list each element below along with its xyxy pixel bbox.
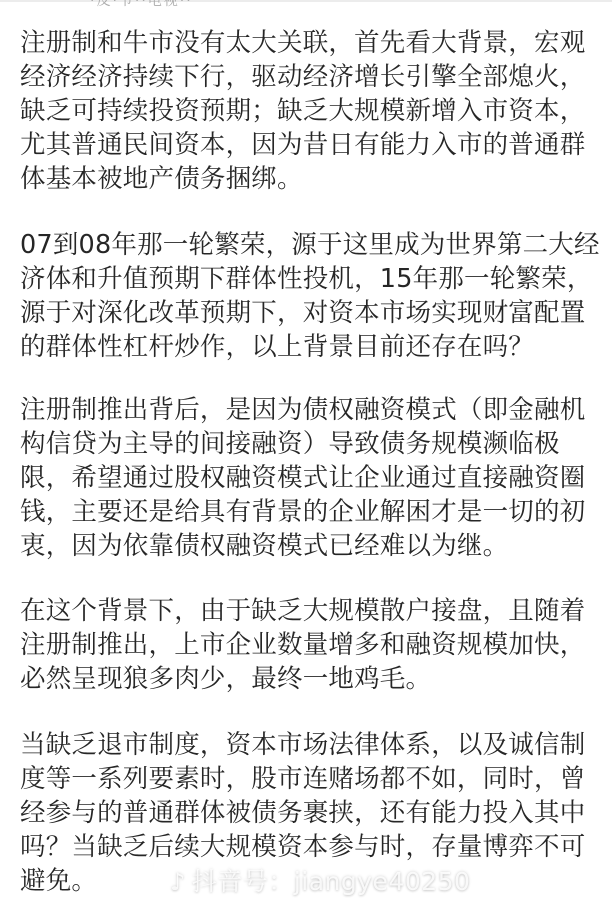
paragraph-3: 注册制推出背后，是因为债权融资模式（即金融机 构信贷为主导的间接融资）导致债务规… (20, 393, 585, 563)
top-cut-off-bar: ·反·节··电视·· (0, 0, 612, 8)
watermark-text: 抖音号：jiangye40250 (192, 867, 471, 896)
tiktok-logo-icon: ♪ (170, 868, 186, 896)
paragraph-4: 在这个背景下，由于缺乏大规模散户接盘，且随着 注册制推出，上市企业数量增多和融资… (20, 594, 585, 696)
paragraph-2: 07到08年那一轮繁荣，源于这里成为世界第二大经 济体和升值预期下群体性投机，1… (20, 228, 600, 364)
cut-off-header-text: ·反·节··电视·· (90, 0, 193, 8)
douyin-watermark: ♪抖音号：jiangye40250 (170, 862, 470, 898)
paragraph-1: 注册制和牛市没有太大关联，首先看大背景，宏观 经济经济持续下行，驱动经济增长引擎… (20, 26, 585, 196)
